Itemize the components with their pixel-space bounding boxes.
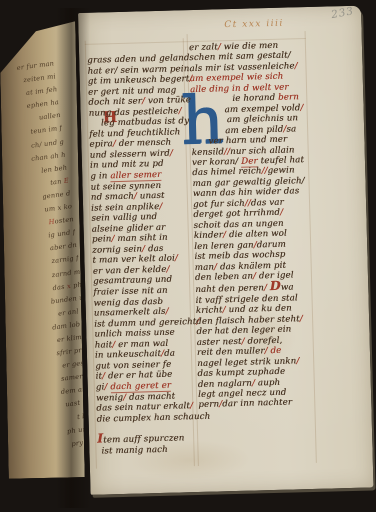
text-line: ist manig nach [101,444,197,457]
manuscript-page: 233 Ct xxx iiii H h grass aden und gelan… [78,6,374,495]
manuscript-photo: er fur manzeiten miat im fehephen hauall… [0,0,376,512]
right-text-column: er zalt/ wie die menschen mit sam gestal… [189,40,319,411]
text-line: pern/dar inn nachter [198,397,318,411]
left-text-column: grass aden und gelandhat er/ sein warm p… [87,53,197,457]
previous-page-edge: er fur manzeiten miat im fehephen hauall… [0,21,85,478]
chapter-heading: Ct xxx iiii [224,19,284,31]
folio-number-pencil: 233 [330,5,355,21]
text-line: die cumplex han schauch [97,412,197,425]
